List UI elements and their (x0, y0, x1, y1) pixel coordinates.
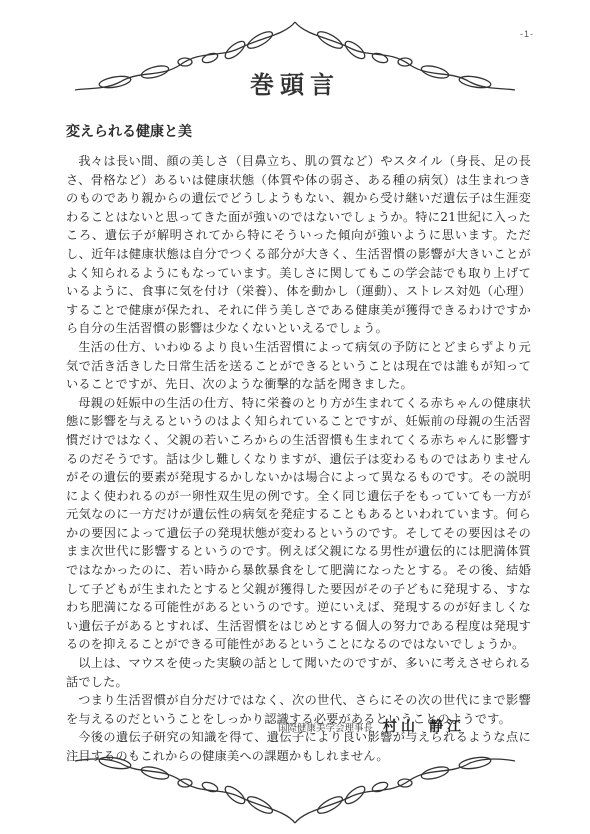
article-body: 我々は長い間、顔の美しさ（目鼻立ち、肌の質など）やスタイル（身長、足の長さ、骨格… (66, 152, 531, 766)
author-name: 村山静江 (383, 716, 465, 736)
author-given-name: 静江 (429, 719, 465, 735)
paragraph: 我々は長い間、顔の美しさ（目鼻立ち、肌の質など）やスタイル（身長、足の長さ、骨格… (66, 152, 531, 338)
page-number: -1- (520, 29, 534, 39)
author-organization: 国際健康美学会理事長 (278, 720, 373, 734)
bottom-flourish-ornament (70, 755, 520, 825)
paragraph: 母親の妊娠中の生活の仕方、特に栄養のとり方が生まれてくる赤ちゃんの健康状態に影響… (66, 394, 531, 654)
article-heading: 変えられる健康と美 (66, 121, 192, 141)
paragraph: 生活の仕方、いわゆるより良い生活習慣によって病気の予防にとどまらずより元気で活き… (66, 338, 531, 394)
paragraph: 以上は、マウスを使った実験の話として聞いたのですが、多いに考えさせられる話でした… (66, 654, 531, 691)
author-signature: 国際健康美学会理事長 村山静江 (278, 716, 465, 736)
page-title: 巻頭言 (0, 65, 590, 100)
author-surname: 村山 (383, 719, 419, 735)
